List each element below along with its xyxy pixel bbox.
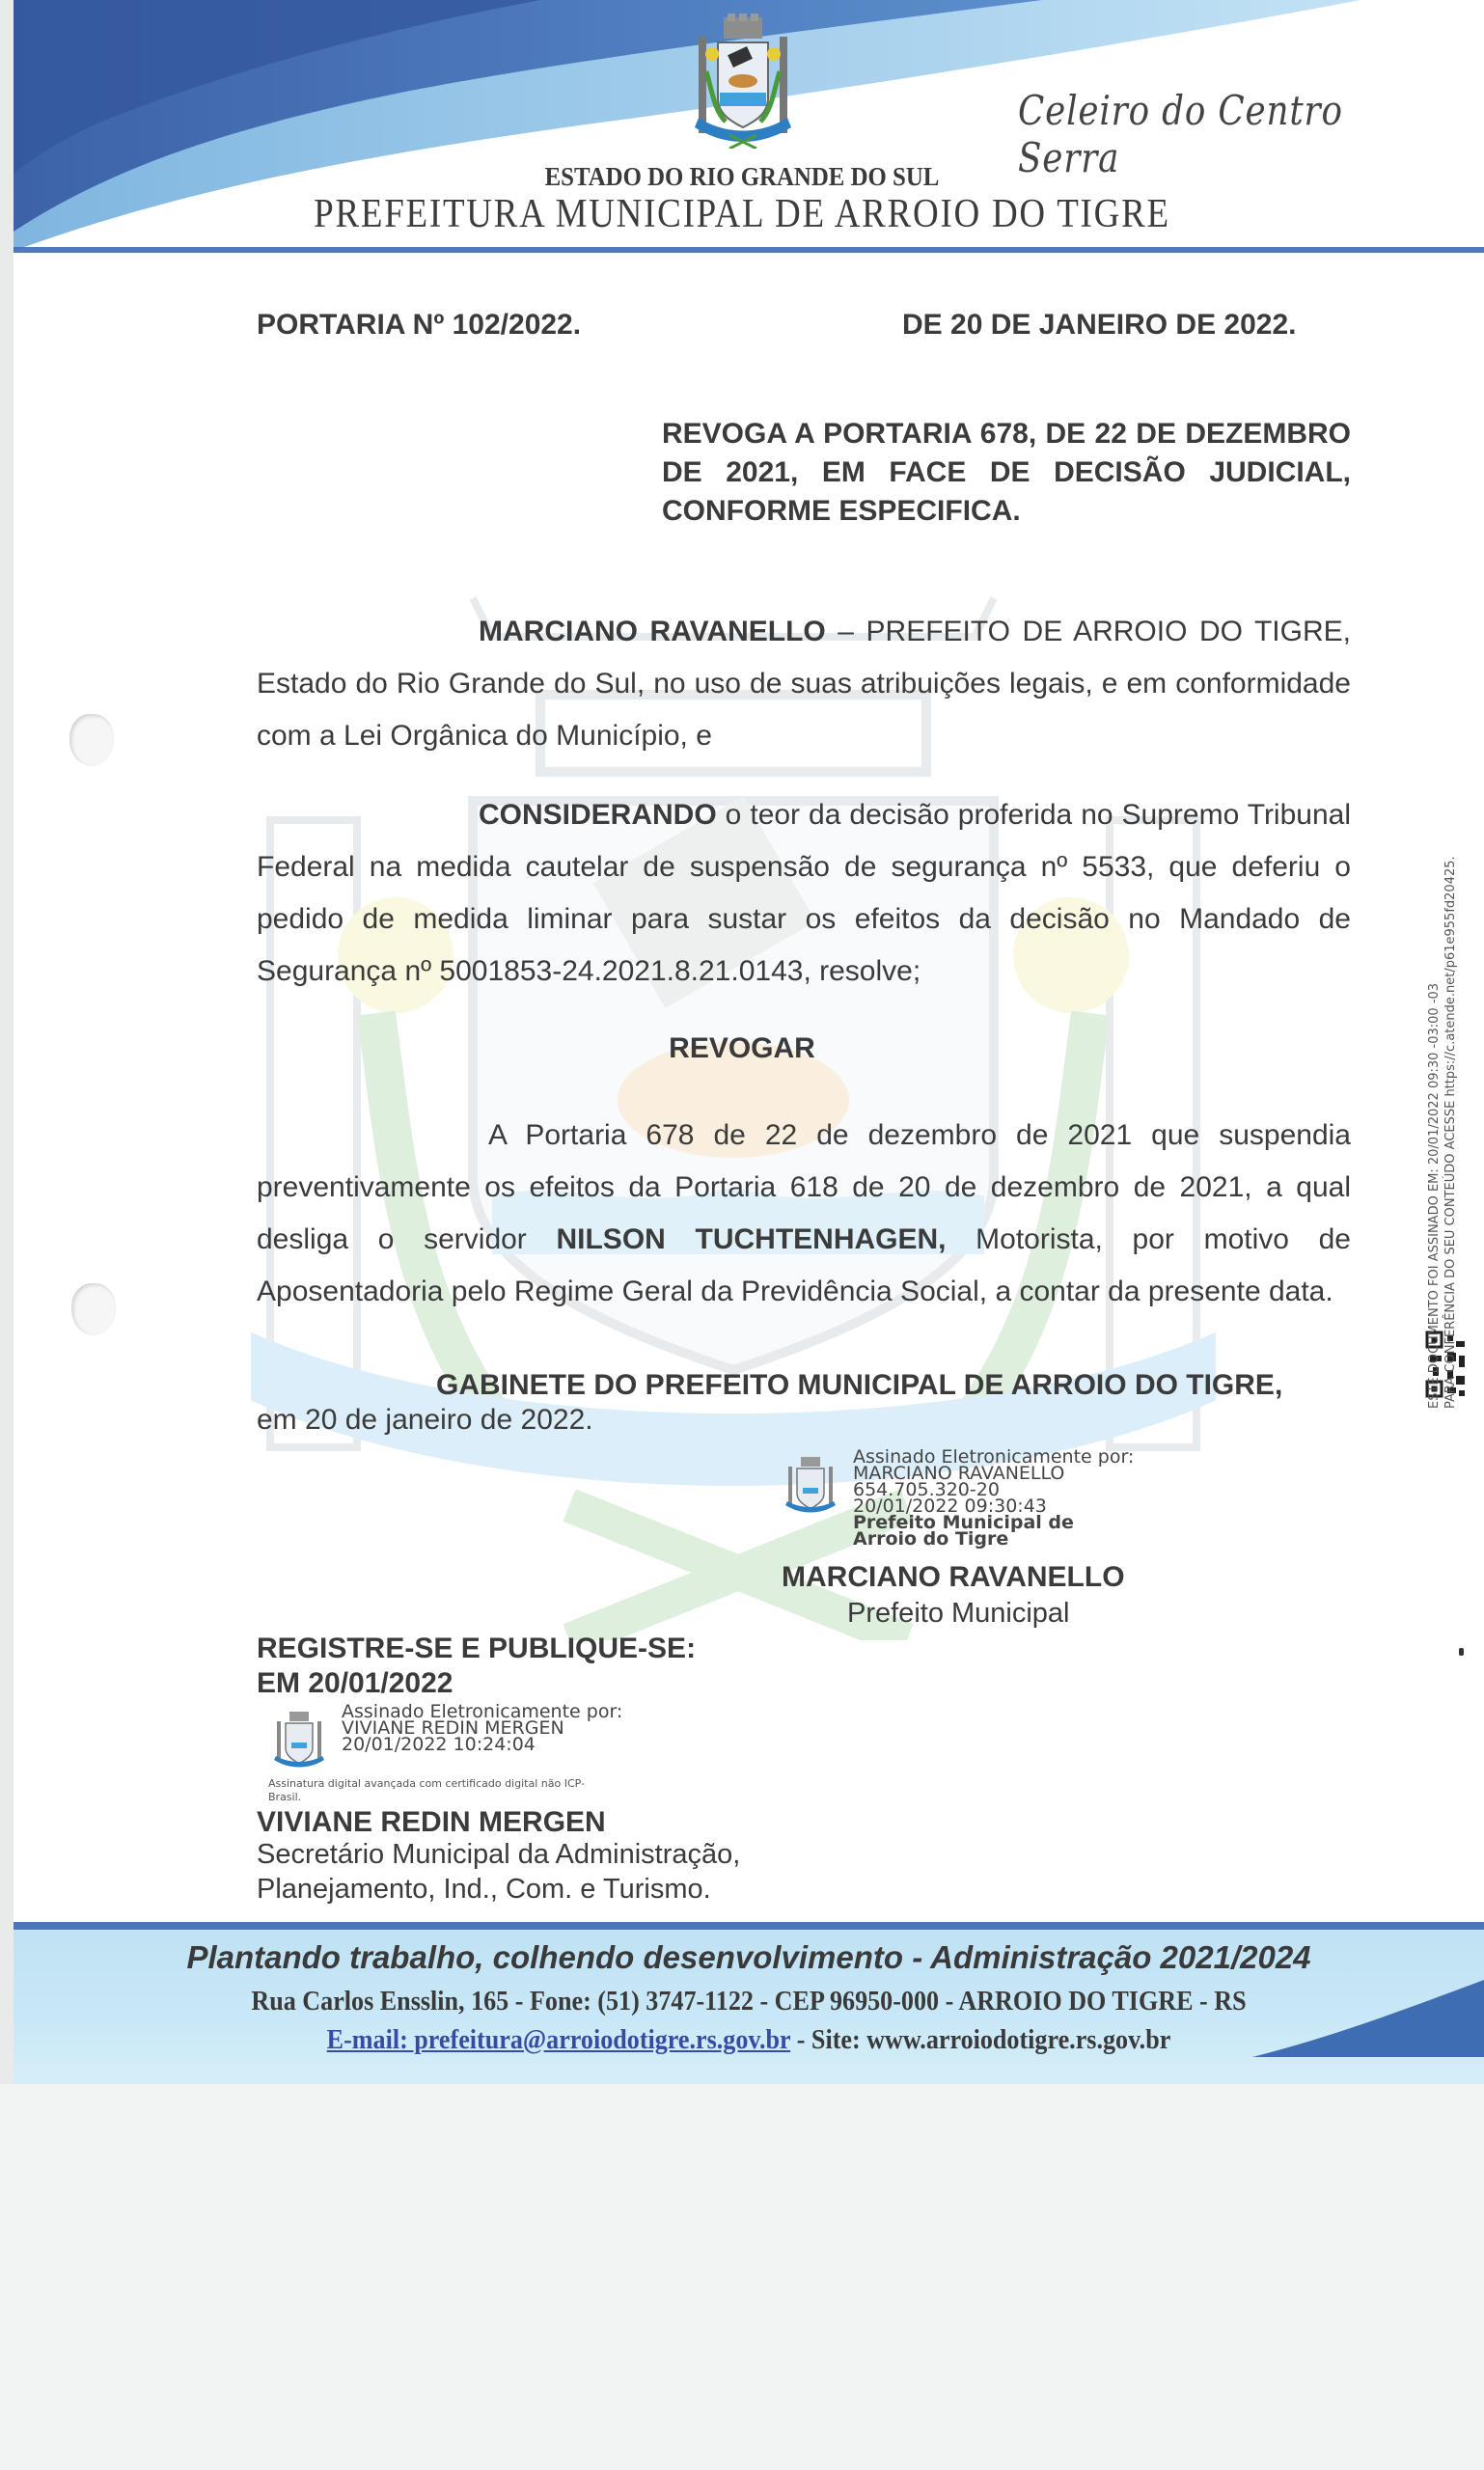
signature-crest-icon xyxy=(272,1710,326,1771)
closing-office: GABINETE DO PREFEITO MUNICIPAL DE ARROIO… xyxy=(436,1369,1282,1401)
mayor-name-inline: MARCIANO RAVANELLO xyxy=(479,616,826,647)
stamp-role-line2: Arroio do Tigre xyxy=(853,1531,1134,1548)
secretary-role-line1: Secretário Municipal da Administração, xyxy=(257,1839,740,1871)
prefecture-name: PREFEITURA MUNICIPAL DE ARROIO DO TIGRE xyxy=(89,191,1394,237)
punch-hole xyxy=(69,714,114,766)
action-title: REVOGAR xyxy=(0,1032,1484,1065)
verification-line1: ESTE DOCUMENTO FOI ASSINADO EM: 20/01/20… xyxy=(1426,856,1443,1409)
portaria-ementa: REVOGA A PORTARIA 678, DE 22 DE DEZEMBRO… xyxy=(662,415,1351,531)
footer-contacts: E-mail: prefeitura@arroiodotigre.rs.gov.… xyxy=(87,2024,1411,2056)
punch-hole xyxy=(71,1283,116,1335)
employee-name: NILSON TUCHTENHAGEN, xyxy=(556,1223,946,1255)
site-text: Site: www.arroiodotigre.rs.gov.br xyxy=(811,2024,1170,2055)
mayor-signatory-name: MARCIANO RAVANELLO xyxy=(782,1561,1125,1594)
municipal-coat-of-arms-icon xyxy=(687,14,799,149)
signature-crest-icon xyxy=(783,1455,838,1517)
preamble-paragraph: MARCIANO RAVANELLO – PREFEITO DE ARROIO … xyxy=(257,606,1351,762)
secretary-signatory-name: VIVIANE REDIN MERGEN xyxy=(257,1806,606,1839)
footer-address: Rua Carlos Ensslin, 165 - Fone: (51) 374… xyxy=(87,1986,1411,2017)
mayor-electronic-signature: Assinado Eletronicamente por: MARCIANO R… xyxy=(853,1449,1134,1548)
email-link[interactable]: E-mail: prefeitura@arroiodotigre.rs.gov.… xyxy=(327,2024,790,2055)
considering-paragraph: CONSIDERANDO o teor da decisão proferida… xyxy=(257,789,1351,998)
considering-label: CONSIDERANDO xyxy=(479,799,717,831)
contact-separator: - xyxy=(790,2024,811,2055)
certificate-note: Assinatura digital avançada com certific… xyxy=(268,1777,585,1804)
closing-date: em 20 de janeiro de 2022. xyxy=(257,1404,593,1436)
article-paragraph: A Portaria 678 de 22 de dezembro de 2021… xyxy=(257,1110,1351,1318)
stamp-datetime: 20/01/2022 10:24:04 xyxy=(342,1737,622,1753)
mayor-signatory-role: Prefeito Municipal xyxy=(847,1598,1070,1630)
footer-tagline: Plantando trabalho, colhendo desenvolvim… xyxy=(14,1939,1484,1976)
footer-rule xyxy=(14,1922,1484,1930)
document-page: Celeiro do Centro Serra ESTADO DO RIO GR… xyxy=(0,0,1484,2084)
scan-speck xyxy=(1459,1648,1464,1656)
header-rule xyxy=(14,247,1484,253)
page-footer: Plantando trabalho, colhendo desenvolvim… xyxy=(14,1922,1484,2084)
considering-text: o teor da decisão proferida no Supremo T… xyxy=(257,799,1351,987)
secretary-electronic-signature: Assinado Eletronicamente por: VIVIANE RE… xyxy=(342,1704,622,1753)
verification-line2[interactable]: PARA CONFERÊNCIA DO SEU CONTEÚDO ACESSE … xyxy=(1443,856,1459,1409)
portaria-date: DE 20 DE JANEIRO DE 2022. xyxy=(902,309,1297,342)
verification-stamp: ESTE DOCUMENTO FOI ASSINADO EM: 20/01/20… xyxy=(1426,856,1459,1409)
register-instruction: REGISTRE-SE E PUBLIQUE-SE: xyxy=(257,1633,696,1665)
closing-paragraph: GABINETE DO PREFEITO MUNICIPAL DE ARROIO… xyxy=(257,1368,1351,1438)
state-name: ESTADO DO RIO GRANDE DO SUL xyxy=(60,162,1425,192)
portaria-number: PORTARIA Nº 102/2022. xyxy=(257,309,581,342)
register-date: EM 20/01/2022 xyxy=(257,1667,453,1700)
secretary-role-line2: Planejamento, Ind., Com. e Turismo. xyxy=(257,1874,711,1906)
